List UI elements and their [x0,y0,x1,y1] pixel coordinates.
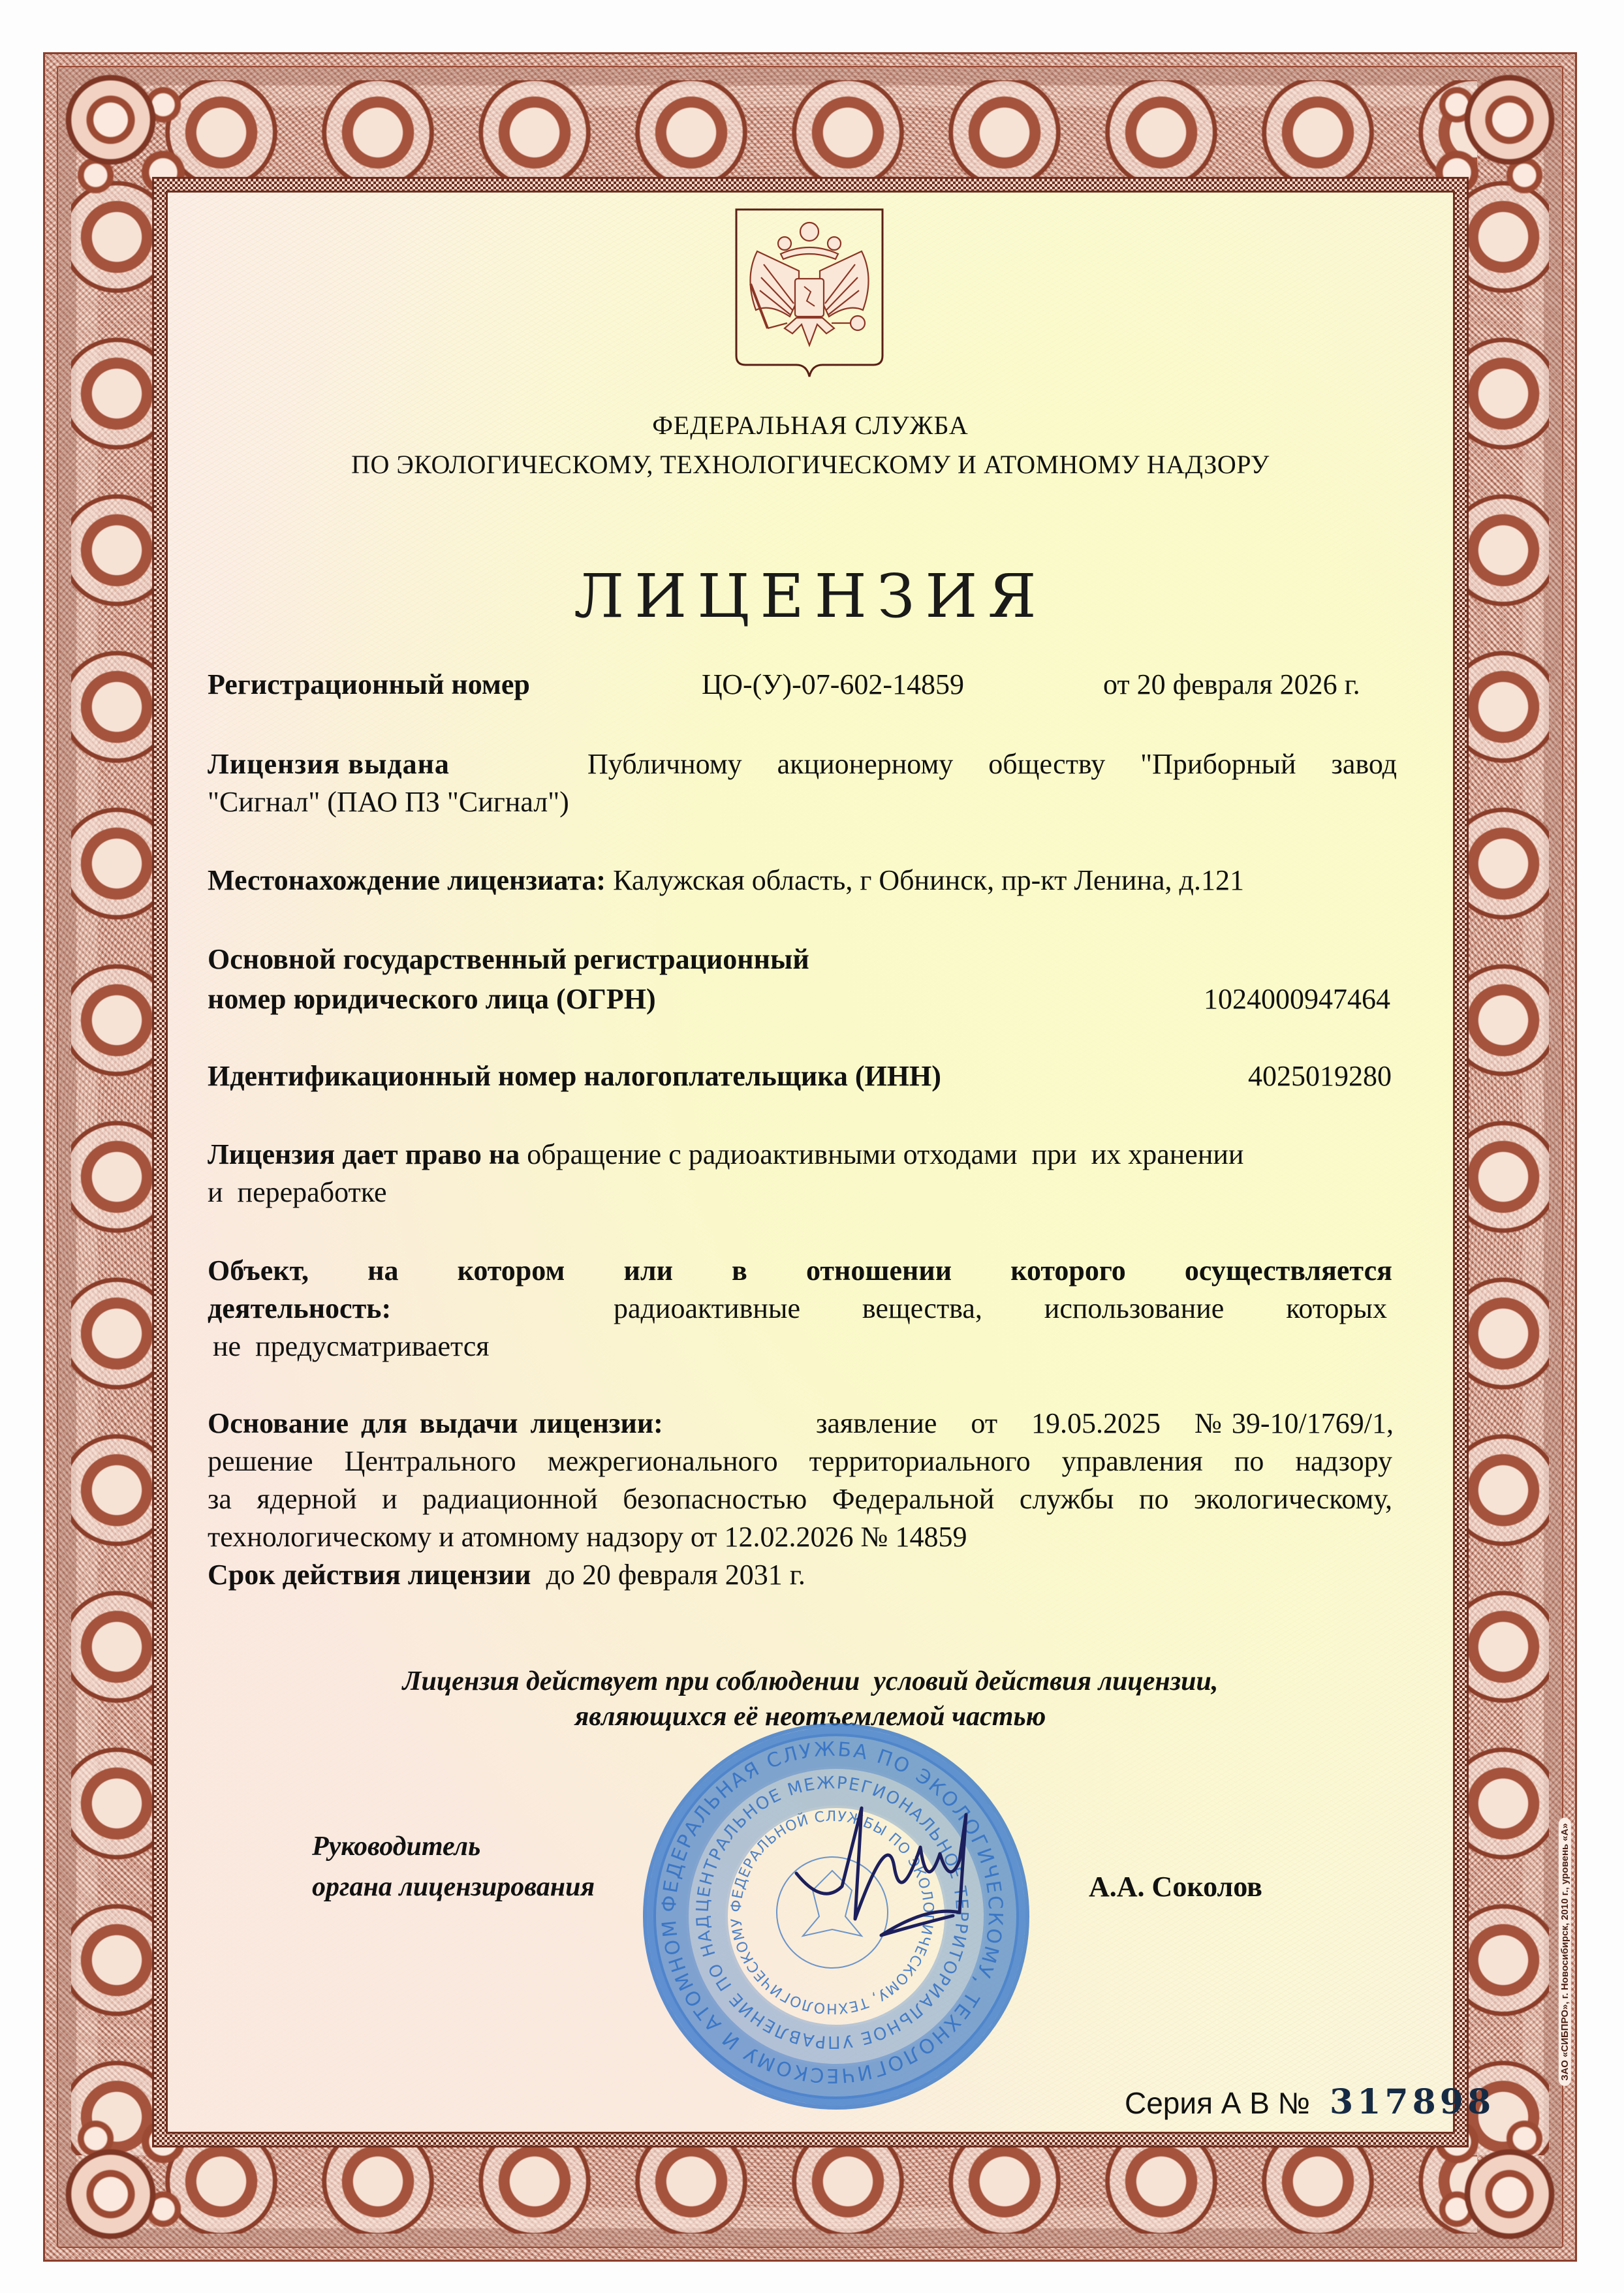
object-value-line1: радиоактивныевещества,использованиекотор… [614,1290,1387,1328]
registration-number: ЦО-(У)-07-602-14859 [702,666,964,704]
issued-to-label: Лицензия выдана [208,745,450,783]
russian-coat-of-arms-icon [731,206,888,382]
agency-name-line2: ПО ЭКОЛОГИЧЕСКОМУ, ТЕХНОЛОГИЧЕСКОМУ И АТ… [166,449,1455,480]
signature-icon [783,1788,1044,1958]
registration-date: от 20 февраля 2026 г. [1103,666,1360,704]
basis-line1: заявление от 19.05.2025 №39-10/1769/1, [816,1405,1394,1443]
object-label-word: Объект, [208,1252,309,1290]
rights-line2: и переработке [208,1174,387,1211]
ogrn-label-line1: Основной государственный регистрационный [208,941,809,978]
object-label-line2: деятельность: [208,1290,391,1328]
serial-number: Серия А В №317898 [1125,2082,1495,2122]
document-title: ЛИЦЕНЗИЯ [166,561,1455,631]
location-row: Местонахождение лицензиата: Калужская об… [208,862,1244,899]
location-label: Местонахождение лицензиата: [208,864,606,896]
rights-row: Лицензия дает право на обращение с радио… [208,1136,1243,1174]
rights-line1: обращение с радиоактивными отходами при … [527,1138,1243,1170]
object-value-word: радиоактивные [614,1290,800,1328]
object-label-word: которого [1010,1252,1126,1290]
object-label-line1: Объект,накоторомиливотношениикоторогоосу… [208,1252,1392,1290]
object-label-word: на [367,1252,398,1290]
object-value-word: вещества, [862,1290,982,1328]
series-number: 317898 [1330,2082,1495,2122]
border-ornament-top [143,80,1477,178]
issued-to-line2: "Сигнал" (ПАО ПЗ "Сигнал") [208,783,569,821]
location-value: Калужская область, г Обнинск, пр-кт Лени… [613,864,1244,896]
basis-label: Основание для выдачи лицензии: [208,1405,663,1443]
object-value-word: которых [1286,1290,1387,1328]
border-ornament-right [1458,159,1549,2155]
ogrn-value: 1024000947464 [1044,980,1390,1018]
border-ornament-bottom [143,2136,1477,2234]
series-label: Серия А В № [1125,2086,1310,2120]
signatory-name: А.А. Соколов [1089,1868,1262,1906]
object-value-word: использование [1044,1290,1225,1328]
inn-value: 4025019280 [1110,1057,1392,1095]
ogrn-label-line2: номер юридического лица (ОГРН) [208,980,656,1018]
validity-label: Срок действия лицензии [208,1559,531,1591]
agency-name-line1: ФЕДЕРАЛЬНАЯ СЛУЖБА [166,410,1455,441]
border-ornament-left [71,159,163,2155]
basis-line2: решение Центрального межрегионального те… [208,1443,1392,1480]
validity-row: Срок действия лицензии до 20 февраля 203… [208,1556,805,1594]
rights-label: Лицензия дает право на [208,1138,520,1170]
validity-value: до 20 февраля 2031 г. [546,1559,805,1591]
signatory-title-line1: Руководитель [312,1828,480,1865]
object-label-word: котором [458,1252,565,1290]
object-value-line2: не предусматривается [213,1328,490,1365]
object-label-word: в [732,1252,747,1290]
object-label-word: осуществляется [1185,1252,1392,1290]
signatory-title-line2: органа лицензирования [312,1868,595,1906]
object-label-word: или [624,1252,673,1290]
issued-to-line1: Публичному акционерному обществу "Прибор… [587,745,1397,783]
registration-label: Регистрационный номер [208,666,530,704]
conditions-note-line1: Лицензия действует при соблюдении услови… [166,1663,1455,1700]
printer-imprint: ЗАО «СИБПРО», г. Новосибирск, 2010 г., у… [1556,1815,1573,2089]
basis-line3: за ядерной и радиационной безопасностью … [208,1480,1392,1518]
inn-label: Идентификационный номер налогоплательщик… [208,1057,941,1095]
object-label-word: отношении [806,1252,952,1290]
basis-line4: технологическому и атомному надзору от 1… [208,1518,967,1556]
